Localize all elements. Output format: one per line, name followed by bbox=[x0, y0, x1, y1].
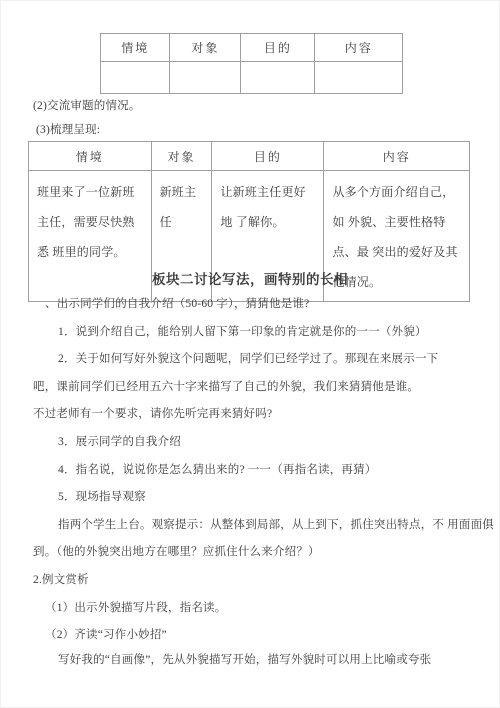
table-empty-row bbox=[101, 62, 403, 94]
empty-cell bbox=[101, 62, 170, 94]
step-line: 1．说到介绍自己，能给别人留下第一印象的肯定就是你的一一（外貌） bbox=[33, 319, 478, 347]
step-line: 指两个学生上台。观察提示：从整体到局部，从上到下，抓住突出特点，不 用面面俱 bbox=[33, 512, 478, 540]
step-line: 、出示同学们的自我介绍（50-60 字），猜猜他是谁? bbox=[33, 291, 478, 319]
empty-cell bbox=[170, 62, 241, 94]
header-cell-purpose: 目的 bbox=[241, 34, 315, 62]
empty-cell bbox=[241, 62, 315, 94]
step-line: 5．现场指导观察 bbox=[33, 484, 478, 512]
review-topic-line: (2)交流审题的情况。 bbox=[33, 97, 141, 113]
header-cell-situation: 情境 bbox=[29, 142, 152, 171]
table-header-row: 情境 对象 目的 内容 bbox=[101, 34, 403, 62]
step-line: 2.例文赏析 bbox=[33, 567, 478, 595]
table-header-row: 情境 对象 目的 内容 bbox=[29, 142, 470, 171]
step-line: 2．关于如何写好外貌这个问题呢，同学们已经学过了。那现在来展示一下 bbox=[33, 346, 478, 374]
section-heading: 板块二讨论写法，画特别的长相 bbox=[0, 268, 500, 288]
step-line: 4．指名说，说说你是怎么猜出来的? 一一（再指名读，再猜） bbox=[33, 457, 478, 485]
lesson-steps-block: 、出示同学们的自我介绍（50-60 字），猜猜他是谁? 1．说到介绍自己，能给别… bbox=[33, 291, 478, 670]
header-cell-audience: 对象 bbox=[170, 34, 241, 62]
header-cell-purpose: 目的 bbox=[212, 142, 324, 171]
step-line: （2）齐读“习作小妙招” bbox=[33, 622, 478, 650]
step-line: 不过老师有一个要求，请你先听完再来猜好吗? bbox=[33, 401, 478, 429]
step-line: 到。（他的外貌突出地方在哪里？应抓住什么来介绍？） bbox=[33, 539, 478, 567]
step-line: （1）出示外貌描写片段，指名读。 bbox=[33, 595, 478, 623]
header-cell-audience: 对象 bbox=[151, 142, 212, 171]
step-line: 写好我的“自画像”，先从外貌描写开始，描写外貌时可以用上比喻或夸张 bbox=[33, 650, 478, 670]
header-cell-situation: 情境 bbox=[101, 34, 170, 62]
header-cell-content: 内容 bbox=[315, 34, 403, 62]
present-line: (3)梳理呈现: bbox=[36, 121, 100, 137]
step-line: 3．展示同学的自我介绍 bbox=[33, 429, 478, 457]
empty-cell bbox=[315, 62, 403, 94]
step-line: 吧，课前同学们已经用五六十字来描写了自己的外貌，我们来猜猜他是谁。 bbox=[33, 374, 478, 402]
header-cell-content: 内容 bbox=[324, 142, 470, 171]
blank-planning-table: 情境 对象 目的 内容 bbox=[100, 33, 403, 94]
document-page: 情境 对象 目的 内容 (2)交流审题的情况。 (3)梳理呈现: 情境 对象 目… bbox=[0, 0, 500, 708]
